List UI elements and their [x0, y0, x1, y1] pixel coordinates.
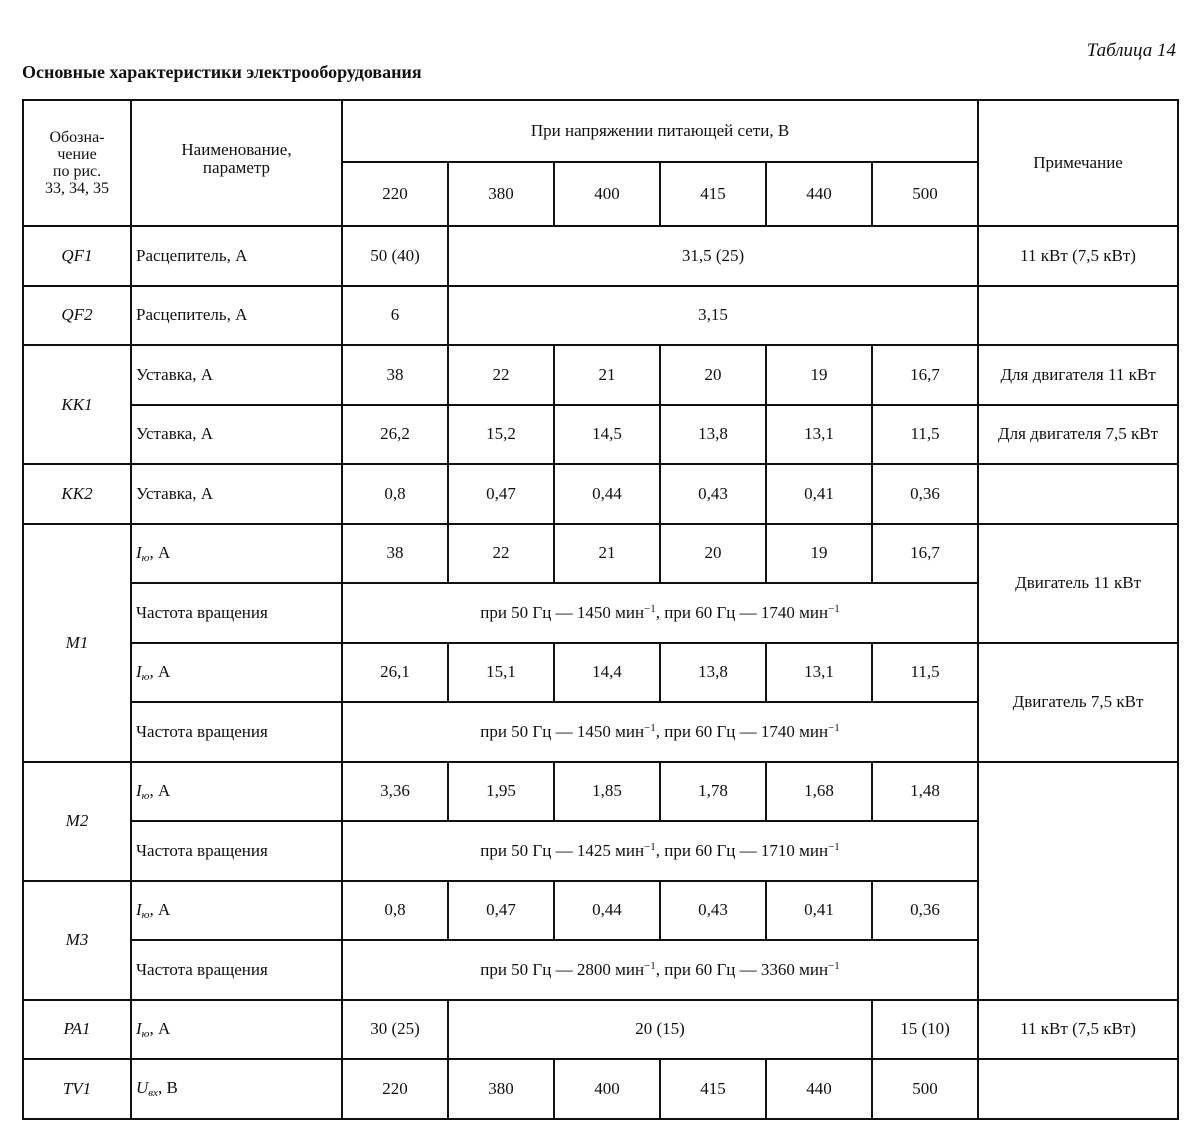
value-cell: 50 (40) — [342, 226, 448, 286]
designation-cell: TV1 — [23, 1059, 131, 1119]
value-cell: 0,41 — [766, 881, 872, 941]
header-voltage-500: 500 — [872, 162, 978, 226]
value-cell: 1,48 — [872, 762, 978, 822]
param-cell: Частота вращения — [131, 821, 342, 881]
value-cell: 21 — [554, 524, 660, 584]
header-designation: Обозна- чение по рис. 33, 34, 35 — [23, 100, 131, 226]
value-cell: 13,1 — [766, 643, 872, 703]
value-cell: 0,8 — [342, 464, 448, 524]
value-cell: 220 — [342, 1059, 448, 1119]
value-cell: 400 — [554, 1059, 660, 1119]
value-cell: 16,7 — [872, 524, 978, 584]
speed-cell: при 50 Гц — 1425 мин−1, при 60 Гц — 1710… — [342, 821, 978, 881]
value-cell: 0,44 — [554, 464, 660, 524]
header-row-1: Обозна- чение по рис. 33, 34, 35 Наимено… — [23, 100, 1178, 162]
note-cell: Двигатель 7,5 кВт — [978, 643, 1178, 762]
value-cell: 22 — [448, 345, 554, 405]
table-row-m2-1: M2 Iю, А 3,36 1,95 1,85 1,78 1,68 1,48 — [23, 762, 1178, 822]
value-cell: 0,43 — [660, 881, 766, 941]
value-cell: 15,2 — [448, 405, 554, 465]
note-cell: 11 кВт (7,5 кВт) — [978, 226, 1178, 286]
value-cell: 0,47 — [448, 881, 554, 941]
header-voltage-380: 380 — [448, 162, 554, 226]
value-cell: 30 (25) — [342, 1000, 448, 1060]
value-cell: 415 — [660, 1059, 766, 1119]
param-cell: Iю, А — [131, 524, 342, 584]
header-name-param: Наименование, параметр — [131, 100, 342, 226]
value-cell: 13,8 — [660, 405, 766, 465]
param-cell: Частота вращения — [131, 583, 342, 643]
value-cell: 14,5 — [554, 405, 660, 465]
equipment-table: Обозна- чение по рис. 33, 34, 35 Наимено… — [22, 99, 1179, 1120]
note-cell: 11 кВт (7,5 кВт) — [978, 1000, 1178, 1060]
param-cell: Частота вращения — [131, 702, 342, 762]
note-cell — [978, 286, 1178, 346]
param-cell: Uвх, В — [131, 1059, 342, 1119]
header-voltage-group: При напряжении питающей сети, В — [342, 100, 978, 162]
table-row-m1-3: Iю, А 26,1 15,1 14,4 13,8 13,1 11,5 Двиг… — [23, 643, 1178, 703]
param-cell: Iю, А — [131, 881, 342, 941]
value-cell: 0,44 — [554, 881, 660, 941]
designation-cell: QF2 — [23, 286, 131, 346]
value-cell: 3,36 — [342, 762, 448, 822]
value-cell: 38 — [342, 524, 448, 584]
table-row-m1-1: M1 Iю, А 38 22 21 20 19 16,7 Двигатель 1… — [23, 524, 1178, 584]
table-row-pa1: PA1 Iю, А 30 (25) 20 (15) 15 (10) 11 кВт… — [23, 1000, 1178, 1060]
speed-cell: при 50 Гц — 1450 мин−1, при 60 Гц — 1740… — [342, 702, 978, 762]
table-row-qf1: QF1 Расцепитель, А 50 (40) 31,5 (25) 11 … — [23, 226, 1178, 286]
param-cell: Уставка, А — [131, 464, 342, 524]
note-cell: Для двигателя 11 кВт — [978, 345, 1178, 405]
param-cell: Iю, А — [131, 643, 342, 703]
note-cell: Для двигателя 7,5 кВт — [978, 405, 1178, 465]
value-cell: 15 (10) — [872, 1000, 978, 1060]
value-cell: 19 — [766, 345, 872, 405]
header-note: Примечание — [978, 100, 1178, 226]
value-cell: 19 — [766, 524, 872, 584]
value-cell: 1,95 — [448, 762, 554, 822]
header-voltage-415: 415 — [660, 162, 766, 226]
value-cell: 38 — [342, 345, 448, 405]
value-cell: 0,36 — [872, 881, 978, 941]
value-cell: 11,5 — [872, 405, 978, 465]
designation-cell: M1 — [23, 524, 131, 762]
table-row-tv1: TV1 Uвх, В 220 380 400 415 440 500 — [23, 1059, 1178, 1119]
table-title: Основные характеристики электрооборудова… — [22, 62, 422, 83]
speed-cell: при 50 Гц — 1450 мин−1, при 60 Гц — 1740… — [342, 583, 978, 643]
note-cell — [978, 464, 1178, 524]
value-cell: 13,8 — [660, 643, 766, 703]
value-cell: 13,1 — [766, 405, 872, 465]
designation-cell: PA1 — [23, 1000, 131, 1060]
designation-cell: M2 — [23, 762, 131, 881]
note-cell: Двигатель 11 кВт — [978, 524, 1178, 643]
value-cell: 1,68 — [766, 762, 872, 822]
param-cell: Iю, А — [131, 1000, 342, 1060]
value-cell: 11,5 — [872, 643, 978, 703]
param-cell: Расцепитель, А — [131, 226, 342, 286]
designation-cell: KK2 — [23, 464, 131, 524]
value-cell: 0,36 — [872, 464, 978, 524]
value-cell: 380 — [448, 1059, 554, 1119]
designation-cell: M3 — [23, 881, 131, 1000]
value-cell: 0,8 — [342, 881, 448, 941]
value-cell: 15,1 — [448, 643, 554, 703]
value-cell: 6 — [342, 286, 448, 346]
value-cell: 22 — [448, 524, 554, 584]
value-cell-merged: 31,5 (25) — [448, 226, 978, 286]
value-cell: 26,1 — [342, 643, 448, 703]
speed-cell: при 50 Гц — 2800 мин−1, при 60 Гц — 3360… — [342, 940, 978, 1000]
value-cell: 26,2 — [342, 405, 448, 465]
designation-cell: QF1 — [23, 226, 131, 286]
param-cell: Уставка, А — [131, 405, 342, 465]
table-row-kk1-1: KK1 Уставка, А 38 22 21 20 19 16,7 Для д… — [23, 345, 1178, 405]
param-cell: Уставка, А — [131, 345, 342, 405]
param-cell: Расцепитель, А — [131, 286, 342, 346]
value-cell-merged: 3,15 — [448, 286, 978, 346]
value-cell: 1,78 — [660, 762, 766, 822]
designation-cell: KK1 — [23, 345, 131, 464]
header-voltage-400: 400 — [554, 162, 660, 226]
value-cell: 20 — [660, 345, 766, 405]
value-cell: 21 — [554, 345, 660, 405]
value-cell: 500 — [872, 1059, 978, 1119]
table-row-qf2: QF2 Расцепитель, А 6 3,15 — [23, 286, 1178, 346]
note-cell — [978, 762, 1178, 1000]
value-cell: 440 — [766, 1059, 872, 1119]
value-cell: 16,7 — [872, 345, 978, 405]
value-cell: 0,47 — [448, 464, 554, 524]
value-cell: 20 — [660, 524, 766, 584]
header-voltage-440: 440 — [766, 162, 872, 226]
table-number: Таблица 14 — [1087, 40, 1176, 62]
value-cell-merged: 20 (15) — [448, 1000, 872, 1060]
value-cell: 1,85 — [554, 762, 660, 822]
value-cell: 0,43 — [660, 464, 766, 524]
table-row-kk1-2: Уставка, А 26,2 15,2 14,5 13,8 13,1 11,5… — [23, 405, 1178, 465]
value-cell: 0,41 — [766, 464, 872, 524]
header-voltage-220: 220 — [342, 162, 448, 226]
value-cell: 14,4 — [554, 643, 660, 703]
param-cell: Iю, А — [131, 762, 342, 822]
table-row-kk2: KK2 Уставка, А 0,8 0,47 0,44 0,43 0,41 0… — [23, 464, 1178, 524]
note-cell — [978, 1059, 1178, 1119]
param-cell: Частота вращения — [131, 940, 342, 1000]
